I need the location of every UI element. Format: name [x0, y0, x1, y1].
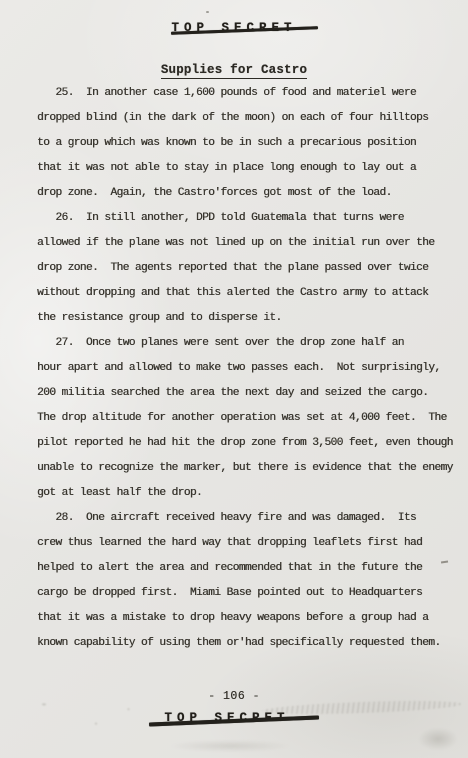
- text-line: pilot reported he had hit the drop zone …: [37, 431, 457, 456]
- text-line: 26. In still another, DPD told Guatemala…: [37, 206, 457, 231]
- text-line: helped to alert the area and recommended…: [37, 556, 457, 581]
- text-line: the resistance group and to disperse it.: [37, 306, 457, 331]
- scan-smudge: [412, 724, 464, 754]
- text-line: cargo be dropped first. Miami Base point…: [37, 581, 457, 606]
- text-line: dropped blind (in the dark of the moon) …: [37, 106, 457, 131]
- text-line: drop zone. The agents reported that the …: [37, 256, 457, 281]
- text-line: without dropping and that this alerted t…: [37, 281, 457, 306]
- text-line: got at least half the drop.: [37, 481, 457, 506]
- document-page: TOP SECRET Supplies for Castro 25. In an…: [0, 0, 468, 758]
- text-line: unable to recognize the marker, but ther…: [37, 456, 457, 481]
- scan-speck: [206, 11, 209, 13]
- text-line: The drop altitude for another operation …: [37, 406, 457, 431]
- document-body: 25. In another case 1,600 pounds of food…: [37, 81, 457, 656]
- text-line: drop zone. Again, the Castro'forces got …: [37, 181, 457, 206]
- classification-stamp-top: TOP SECRET: [0, 21, 468, 35]
- text-line: that it was not able to stay in place lo…: [37, 156, 457, 181]
- page-title: Supplies for Castro: [161, 63, 307, 79]
- text-line: hour apart and allowed to make two passe…: [37, 356, 457, 381]
- text-line: 200 militia searched the area the next d…: [37, 381, 457, 406]
- text-line: known capability of using them or'had sp…: [37, 631, 457, 656]
- scan-smudge: [150, 738, 310, 754]
- text-line: to a group which was known to be in such…: [37, 131, 457, 156]
- text-line: that it was a mistake to drop heavy weap…: [37, 606, 457, 631]
- title-container: Supplies for Castro: [0, 60, 468, 79]
- text-line: 25. In another case 1,600 pounds of food…: [37, 81, 457, 106]
- text-line: allowed if the plane was not lined up on…: [37, 231, 457, 256]
- text-line: crew thus learned the hard way that drop…: [37, 531, 457, 556]
- text-line: 27. Once two planes were sent over the d…: [37, 331, 457, 356]
- text-line: 28. One aircraft received heavy fire and…: [37, 506, 457, 531]
